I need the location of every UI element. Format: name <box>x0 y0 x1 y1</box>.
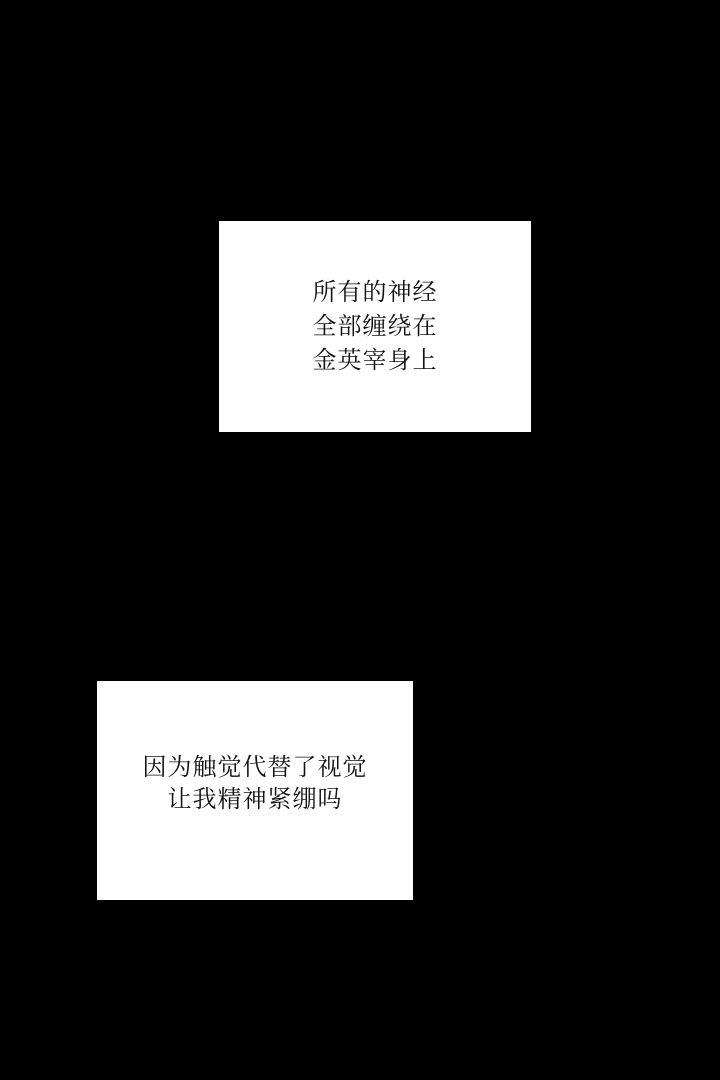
caption-text-1: 所有的神经 全部缠绕在 金英宰身上 <box>313 275 438 377</box>
caption-box-2: 因为触觉代替了视觉 让我精神紧绷吗 <box>97 681 413 900</box>
caption-line: 所有的神经 <box>313 275 438 309</box>
caption-box-1: 所有的神经 全部缠绕在 金英宰身上 <box>219 221 531 432</box>
caption-line: 让我精神紧绷吗 <box>168 783 343 815</box>
caption-line: 金英宰身上 <box>313 343 438 377</box>
caption-line: 因为触觉代替了视觉 <box>143 751 368 783</box>
caption-text-2: 因为触觉代替了视觉 让我精神紧绷吗 <box>143 751 368 815</box>
caption-line: 全部缠绕在 <box>313 309 438 343</box>
